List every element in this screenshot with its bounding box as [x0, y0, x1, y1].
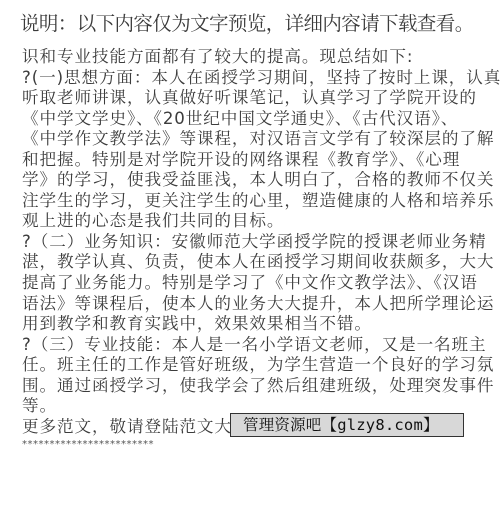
text-line: 和把握。特别是对学院开设的网络课程《教育学》、《心理: [22, 150, 492, 171]
text-line: 学》的学习，使我受益匪浅，本人明白了，合格的教师不仅关: [22, 170, 492, 191]
dotted-separator: ************************: [22, 439, 492, 451]
more-samples-text: 更多范文，敬请登陆范文大全: [22, 417, 249, 436]
text-line: ?（二）业务知识：安徽师范大学函授学院的授课老师业务精: [22, 232, 492, 253]
text-line: 观上进的心态是我们共同的目标。: [22, 211, 492, 232]
site-watermark-box: 管理资源吧【glzy8.com】: [230, 413, 464, 437]
text-line: 听取老师讲课，认真做好听课笔记，认真学习了学院开设的: [22, 88, 492, 109]
text-line: 语法》等课程后，使本人的业务大大提升，本人把所学理论运: [22, 294, 492, 315]
text-line: 提高了业务能力。特别是学习了《中文作文教学法》、《汉语: [22, 273, 492, 294]
text-line: 注学生的学习，更关注学生的心里，塑造健康的人格和培养乐: [22, 191, 492, 212]
text-line: ?(一)思想方面：本人在函授学习期间，坚持了按时上课，认真: [22, 68, 492, 89]
preview-notice: 说明：以下内容仅为文字预览，详细内容请下载查看。: [20, 8, 474, 36]
text-line: 任。班主任的工作是管好班级，为学生营造一个良好的学习氛: [22, 355, 492, 376]
text-line: 《中学作文教学法》等课程，对汉语言文学有了较深层的了解: [22, 129, 492, 150]
document-body: 识和专业技能方面都有了较大的提高。现总结如下: ?(一)思想方面：本人在函授学习…: [22, 47, 492, 451]
text-line: 《中学文学史》、《20世纪中国文学通史》、《古代汉语》、: [22, 109, 492, 130]
text-line: 用到教学和教育实践中，效果效果相当不错。: [22, 314, 492, 335]
text-line: ?（三）专业技能：本人是一名小学语文老师，又是一名班主: [22, 335, 492, 356]
text-line: 围。通过函授学习，使我学会了然后组建班级，处理突发事件: [22, 376, 492, 397]
text-line: 湛，教学认真、负责，使本人在函授学习期间收获颇多，大大: [22, 252, 492, 273]
more-samples-line: 更多范文，敬请登陆范文大全 管理资源吧【glzy8.com】: [22, 417, 492, 438]
text-line: 识和专业技能方面都有了较大的提高。现总结如下:: [22, 47, 492, 68]
